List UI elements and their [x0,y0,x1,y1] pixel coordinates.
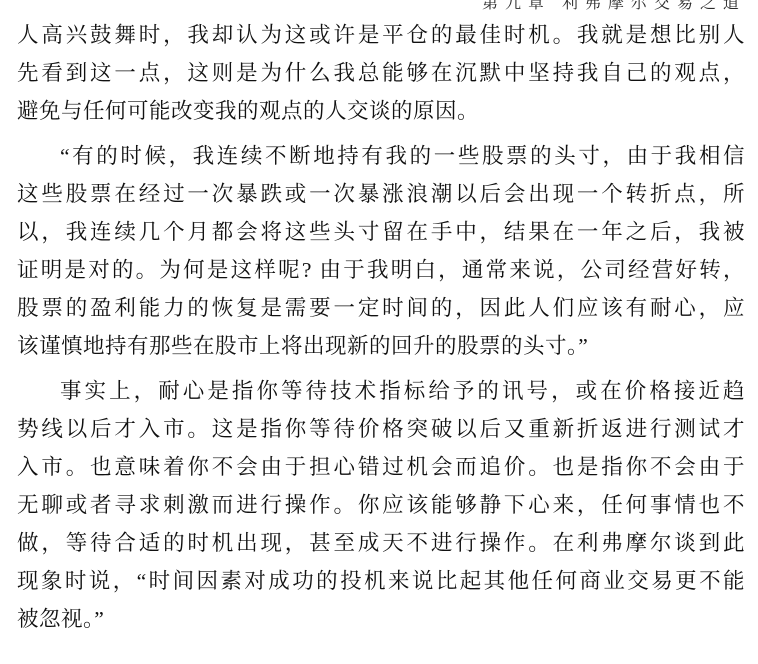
text-line: 人高兴鼓舞时，我却认为这或许是平仓的最佳时机。我就是想比别人 [17,16,745,54]
text-line: 被忽视。” [17,600,745,638]
text-line: 做，等待合适的时机出现，甚至成天不进行操作。在利弗摩尔谈到此 [17,524,745,562]
text-line: 入市。也意味着你不会由于担心错过机会而追价。也是指你不会由于 [17,448,745,486]
text-line: 这些股票在经过一次暴跌或一次暴涨浪潮以后会出现一个转折点，所 [17,175,745,213]
text-line: 势线以后才入市。这是指你等待价格突破以后又重新折返进行测试才 [17,410,745,448]
text-line: 先看到这一点，这则是为什么我总能够在沉默中坚持我自己的观点， [17,54,745,92]
paragraph: “有的时候，我连续不断地持有我的一些股票的头寸，由于我相信这些股票在经过一次暴跌… [17,137,745,365]
text-line: 事实上，耐心是指你等待技术指标给予的讯号，或在价格接近趋 [17,372,745,410]
paragraph: 人高兴鼓舞时，我却认为这或许是平仓的最佳时机。我就是想比别人先看到这一点，这则是… [17,16,745,130]
text-line: 以，我连续几个月都会将这些头寸留在手中，结果在一年之后，我被 [17,213,745,251]
text-line: “有的时候，我连续不断地持有我的一些股票的头寸，由于我相信 [17,137,745,175]
page-body: 人高兴鼓舞时，我却认为这或许是平仓的最佳时机。我就是想比别人先看到这一点，这则是… [17,16,745,638]
text-line: 该谨慎地持有那些在股市上将出现新的回升的股票的头寸。” [17,327,745,365]
text-line: 避免与任何可能改变我的观点的人交谈的原因。 [17,92,745,130]
text-line: 无聊或者寻求刺激而进行操作。你应该能够静下心来，任何事情也不 [17,486,745,524]
running-head: 第九章 利弗摩尔交易之道 [482,0,746,13]
text-line: 现象时说，“时间因素对成功的投机来说比起其他任何商业交易更不能 [17,562,745,600]
paragraph: 事实上，耐心是指你等待技术指标给予的讯号，或在价格接近趋势线以后才入市。这是指你… [17,372,745,638]
text-line: 证明是对的。为何是这样呢? 由于我明白，通常来说，公司经营好转， [17,251,745,289]
book-page: 第九章 利弗摩尔交易之道 人高兴鼓舞时，我却认为这或许是平仓的最佳时机。我就是想… [0,0,758,664]
text-line: 股票的盈利能力的恢复是需要一定时间的，因此人们应该有耐心，应 [17,289,745,327]
